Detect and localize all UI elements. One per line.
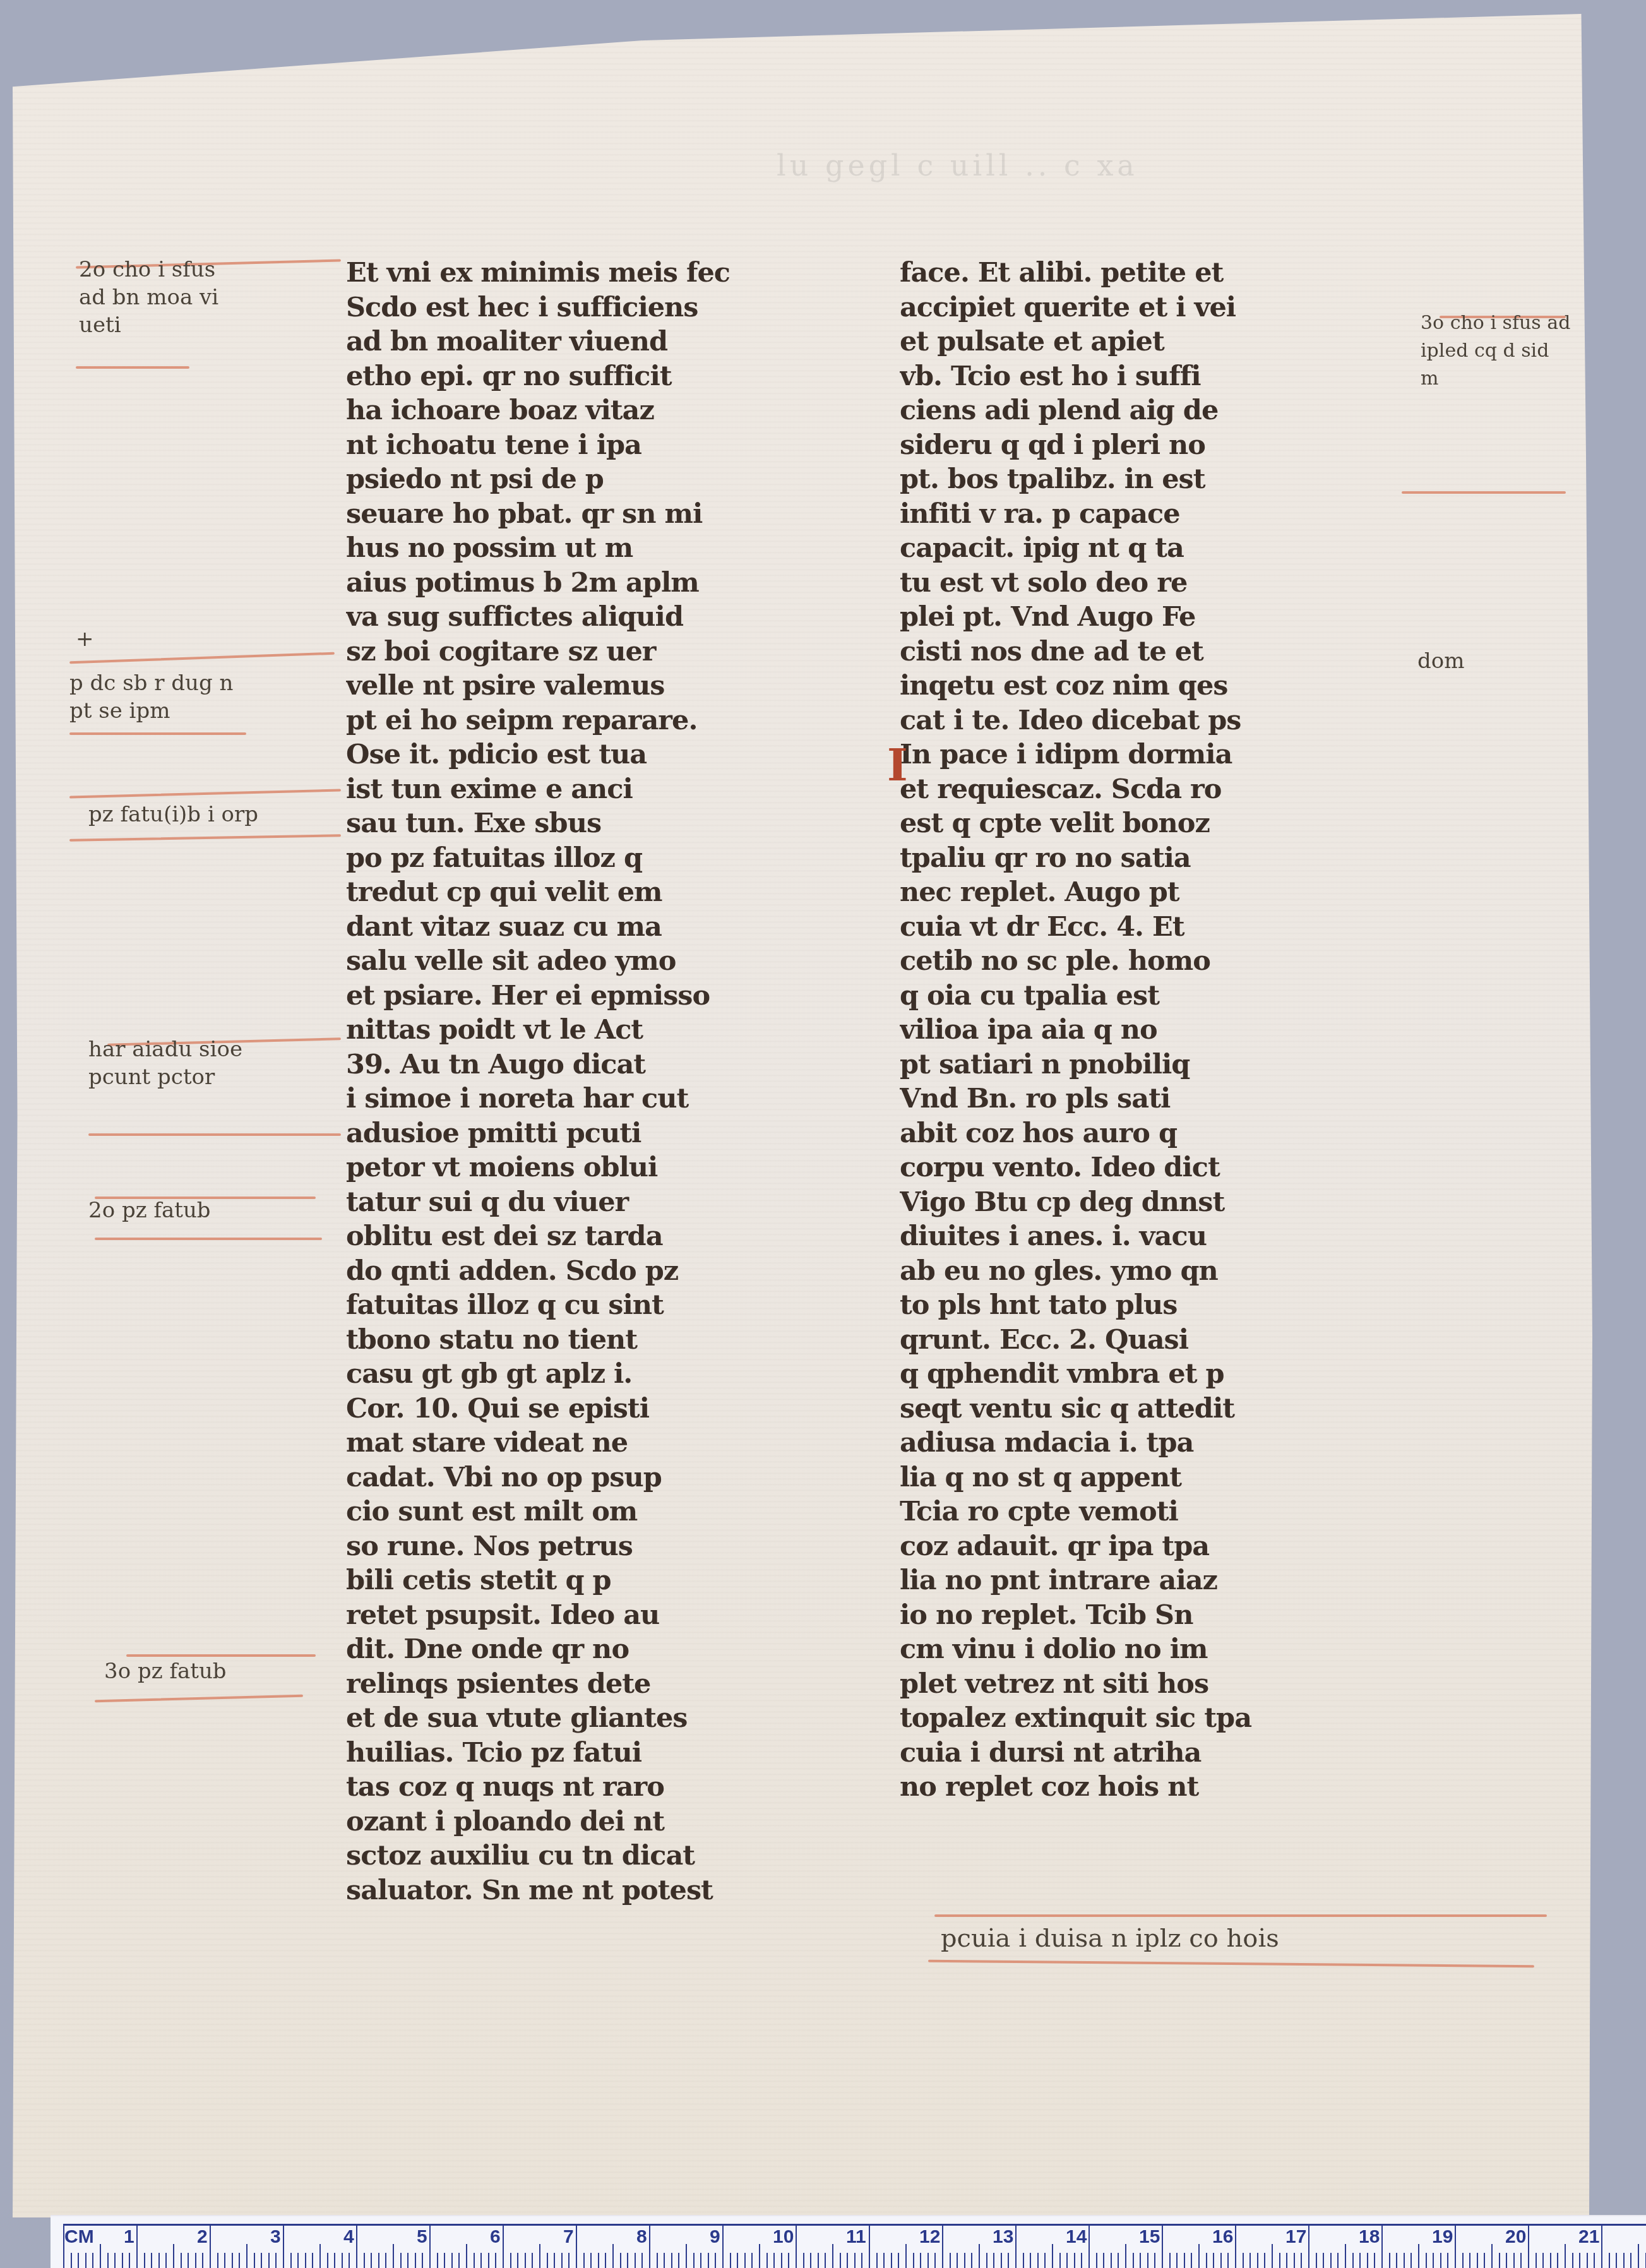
ruler-tick bbox=[861, 2253, 862, 2268]
text-line: ha ichoare boaz vitaz bbox=[346, 393, 857, 428]
text-line: et requiescaz. Scda ro bbox=[900, 772, 1405, 807]
text-line: io no replet. Tcib Sn bbox=[900, 1598, 1405, 1633]
ruler-tick bbox=[458, 2253, 460, 2268]
ruler-tick bbox=[1367, 2253, 1368, 2268]
text-line: dit. Dne onde qr no bbox=[346, 1632, 857, 1667]
text-line: mat stare videat ne bbox=[346, 1426, 857, 1460]
ruler-tick bbox=[620, 2253, 621, 2268]
text-line: cat i te. Ideo dicebat ps bbox=[900, 703, 1405, 738]
ruler-tick bbox=[942, 2225, 943, 2268]
text-line: tbono statu no tient bbox=[346, 1323, 857, 1358]
ruler-tick bbox=[444, 2253, 445, 2268]
ruler-tick bbox=[1550, 2253, 1551, 2268]
ruler-tick bbox=[297, 2253, 299, 2268]
ruler-tick bbox=[466, 2244, 467, 2268]
ruler-tick bbox=[1630, 2253, 1631, 2268]
ruler-tick bbox=[1008, 2253, 1009, 2268]
text-column-left: Et vni ex minimis meis fecScdo est hec i… bbox=[346, 256, 857, 1907]
text-line: Et vni ex minimis meis fec bbox=[346, 256, 857, 290]
ruler-tick bbox=[305, 2253, 306, 2268]
ruler-tick bbox=[429, 2225, 431, 2268]
margin-note-right-1: 3o cho i sfus ad ipled cq d sid m bbox=[1421, 309, 1572, 393]
text-column-right: face. Et alibi. petite etaccipiet querit… bbox=[900, 256, 1405, 1805]
margin-note-left-1: 2o cho i sfus ad bn moa vi ueti bbox=[79, 256, 331, 339]
text-line: nittas poidt vt le Act bbox=[346, 1013, 857, 1047]
ruler-tick bbox=[510, 2253, 511, 2268]
text-line: et psiare. Her ei epmisso bbox=[346, 979, 857, 1013]
ruler-tick bbox=[554, 2253, 555, 2268]
ruler-tick bbox=[85, 2253, 86, 2268]
ruler-tick bbox=[1557, 2253, 1558, 2268]
text-line: plei pt. Vnd Augo Fe bbox=[900, 600, 1405, 635]
ruler-number: 5 bbox=[417, 2226, 427, 2248]
ruler-tick bbox=[854, 2253, 856, 2268]
ruler-tick bbox=[532, 2253, 533, 2268]
ruler-tick bbox=[1001, 2253, 1002, 2268]
ruler-tick bbox=[905, 2244, 907, 2268]
ruler-tick bbox=[1162, 2225, 1163, 2268]
ruler-tick bbox=[1410, 2253, 1412, 2268]
ruler-tick bbox=[979, 2244, 980, 2268]
ruler-tick bbox=[246, 2244, 247, 2268]
ruler-tick bbox=[1418, 2244, 1419, 2268]
ruler-tick bbox=[129, 2253, 130, 2268]
text-line: psiedo nt psi de p bbox=[346, 462, 857, 497]
ruler-tick bbox=[283, 2225, 284, 2268]
ruler-number: 21 bbox=[1578, 2226, 1599, 2248]
ruler-tick bbox=[788, 2253, 789, 2268]
ruler-tick bbox=[1616, 2253, 1617, 2268]
ruler-tick bbox=[1389, 2253, 1390, 2268]
ruler-tick bbox=[1125, 2244, 1126, 2268]
ruler-number: 2 bbox=[197, 2226, 208, 2248]
ruler-tick bbox=[1272, 2244, 1273, 2268]
ruler-tick bbox=[371, 2253, 372, 2268]
ruler-tick bbox=[1520, 2253, 1522, 2268]
ruler-tick bbox=[1015, 2225, 1017, 2268]
text-line: q oia cu tpalia est bbox=[900, 979, 1405, 1013]
ruler-tick bbox=[437, 2253, 438, 2268]
margin-note-left-5: har aiadu sioe pcunt pctor bbox=[88, 1036, 341, 1091]
ruler-tick bbox=[1044, 2253, 1046, 2268]
ruler-tick bbox=[1565, 2244, 1566, 2268]
ruler-number: 17 bbox=[1285, 2226, 1306, 2248]
ruler-tick bbox=[1286, 2253, 1287, 2268]
ruler-tick bbox=[1579, 2253, 1580, 2268]
ruler-tick bbox=[883, 2253, 885, 2268]
ruler-tick bbox=[232, 2253, 233, 2268]
ruler-tick bbox=[1176, 2253, 1178, 2268]
ruler-tick bbox=[254, 2253, 255, 2268]
margin-rule bbox=[76, 366, 189, 369]
ruler-tick bbox=[451, 2253, 453, 2268]
text-line: etho epi. qr no sufficit bbox=[346, 359, 857, 394]
ruler-tick bbox=[173, 2244, 174, 2268]
text-line: ist tun exime e anci bbox=[346, 772, 857, 807]
margin-rule bbox=[126, 1654, 316, 1657]
ruler-tick bbox=[1243, 2253, 1244, 2268]
text-line: diuites i anes. i. vacu bbox=[900, 1219, 1405, 1254]
text-line: lia no pnt intrare aiaz bbox=[900, 1563, 1405, 1598]
text-line: adiusa mdacia i. tpa bbox=[900, 1426, 1405, 1460]
ruler-tick bbox=[598, 2253, 599, 2268]
text-line: va sug suffictes aliquid bbox=[346, 600, 857, 635]
ruler-tick bbox=[181, 2253, 182, 2268]
text-line: tu est vt solo deo re bbox=[900, 566, 1405, 600]
ruler-tick bbox=[898, 2253, 899, 2268]
ruler-tick bbox=[1081, 2253, 1082, 2268]
ruler-tick bbox=[773, 2253, 775, 2268]
ruler-tick bbox=[934, 2253, 936, 2268]
ruler-tick bbox=[1484, 2253, 1485, 2268]
ruler-tick bbox=[1609, 2253, 1610, 2268]
text-line: adusioe pmitti pcuti bbox=[346, 1116, 857, 1151]
ruler-tick bbox=[1330, 2253, 1332, 2268]
ruler-tick bbox=[568, 2253, 570, 2268]
ruler-tick bbox=[349, 2253, 350, 2268]
text-line: vilioa ipa aia q no bbox=[900, 1013, 1405, 1047]
text-line: cuia vt dr Ecc. 4. Et bbox=[900, 910, 1405, 945]
ruler-tick bbox=[415, 2253, 416, 2268]
ruler-tick bbox=[1542, 2253, 1544, 2268]
text-line: pt ei ho seipm reparare. bbox=[346, 703, 857, 738]
ruler-tick bbox=[488, 2253, 489, 2268]
text-line: casu gt gb gt aplz i. bbox=[346, 1357, 857, 1392]
text-line: accipiet querite et i vei bbox=[900, 290, 1405, 325]
ruler-tick bbox=[1066, 2253, 1068, 2268]
ruler-tick bbox=[1491, 2244, 1493, 2268]
ruler-tick bbox=[693, 2253, 695, 2268]
ruler-number: 9 bbox=[710, 2226, 720, 2248]
ruler-tick bbox=[1499, 2253, 1500, 2268]
ruler-tick bbox=[1374, 2253, 1375, 2268]
ruler-tick bbox=[737, 2253, 738, 2268]
ruler-tick bbox=[635, 2253, 636, 2268]
ruler-number: 12 bbox=[919, 2226, 940, 2248]
ruler-tick bbox=[1462, 2253, 1464, 2268]
text-line: huilias. Tcio pz fatui bbox=[346, 1736, 857, 1770]
ruler-tick bbox=[664, 2253, 665, 2268]
ruler-tick bbox=[334, 2253, 335, 2268]
margin-note-right-2: dom bbox=[1417, 647, 1464, 675]
ruler-tick bbox=[407, 2253, 409, 2268]
ruler-tick bbox=[1447, 2253, 1448, 2268]
text-line: cm vinu i dolio no im bbox=[900, 1632, 1405, 1667]
margin-note-left-7: 3o pz fatub bbox=[104, 1657, 227, 1685]
ruler-tick bbox=[78, 2253, 79, 2268]
ruler-tick bbox=[1426, 2253, 1427, 2268]
text-line: Vigo Btu cp deg dnnst bbox=[900, 1185, 1405, 1220]
ruler-tick bbox=[480, 2253, 482, 2268]
ruler-tick bbox=[576, 2225, 577, 2268]
ruler-tick bbox=[1111, 2253, 1112, 2268]
text-line: lia q no st q appent bbox=[900, 1460, 1405, 1495]
text-line: vb. Tcio est ho i suffi bbox=[900, 359, 1405, 394]
ruler-tick bbox=[986, 2253, 987, 2268]
text-line: plet vetrez nt siti hos bbox=[900, 1667, 1405, 1702]
ruler-tick bbox=[971, 2253, 972, 2268]
text-line: retet psupsit. Ideo au bbox=[346, 1598, 857, 1633]
text-line: Tcia ro cpte vemoti bbox=[900, 1495, 1405, 1529]
text-line: sau tun. Exe sbus bbox=[346, 806, 857, 841]
margin-note-left-4: pz fatu(i)b i orp bbox=[88, 801, 258, 828]
ruler-tick bbox=[210, 2225, 211, 2268]
bottom-note: pcuia i duisa n iplz co hois bbox=[941, 1925, 1279, 1952]
ruler-tick bbox=[114, 2253, 116, 2268]
ruler-tick bbox=[993, 2253, 994, 2268]
ruler-tick bbox=[136, 2225, 138, 2268]
ruler-tick bbox=[503, 2225, 504, 2268]
ruler-tick bbox=[1638, 2244, 1639, 2268]
ruler-tick bbox=[1623, 2253, 1625, 2268]
ruler-tick bbox=[517, 2253, 518, 2268]
text-line: infiti v ra. p capace bbox=[900, 497, 1405, 532]
text-line: cio sunt est milt om bbox=[346, 1495, 857, 1529]
ruler-tick bbox=[1088, 2225, 1090, 2268]
ruler-tick bbox=[100, 2244, 101, 2268]
ruler-tick bbox=[144, 2253, 145, 2268]
ruler-tick bbox=[964, 2253, 965, 2268]
text-line: cisti nos dne ad te et bbox=[900, 635, 1405, 669]
ruler-bar bbox=[63, 2224, 1646, 2226]
text-line: dant vitaz suaz cu ma bbox=[346, 910, 857, 945]
ruler-number: 14 bbox=[1066, 2226, 1087, 2248]
ruler-tick bbox=[1198, 2244, 1200, 2268]
margin-rule bbox=[69, 732, 246, 735]
ruler-tick bbox=[590, 2253, 592, 2268]
text-line: po pz fatuitas illoz q bbox=[346, 841, 857, 876]
ruler-tick bbox=[1587, 2253, 1588, 2268]
text-line: i simoe i noreta har cut bbox=[346, 1082, 857, 1116]
ruler-tick bbox=[290, 2253, 292, 2268]
text-line: seqt ventu sic q attedit bbox=[900, 1392, 1405, 1426]
ruler-tick bbox=[700, 2253, 701, 2268]
ruler-number: 15 bbox=[1139, 2226, 1160, 2248]
ruler-number: 13 bbox=[993, 2226, 1013, 2248]
text-line: face. Et alibi. petite et bbox=[900, 256, 1405, 290]
ruler-tick bbox=[1572, 2253, 1573, 2268]
text-line: Vnd Bn. ro pls sati bbox=[900, 1082, 1405, 1116]
text-line: cuia i dursi nt atriha bbox=[900, 1736, 1405, 1770]
text-line: aius potimus b 2m aplm bbox=[346, 566, 857, 600]
ruler-tick bbox=[1249, 2253, 1251, 2268]
ruler-tick bbox=[715, 2253, 716, 2268]
ruler-tick bbox=[561, 2253, 563, 2268]
ruler-tick bbox=[957, 2253, 958, 2268]
ruler-tick bbox=[327, 2253, 328, 2268]
ruler-tick bbox=[583, 2253, 585, 2268]
ruler-tick bbox=[869, 2225, 870, 2268]
text-line: cadat. Vbi no op psup bbox=[346, 1460, 857, 1495]
text-line: et de sua vtute gliantes bbox=[346, 1701, 857, 1736]
ruler-tick bbox=[722, 2225, 724, 2268]
text-line: tatur sui q du viuer bbox=[346, 1185, 857, 1220]
ruler-tick bbox=[671, 2253, 672, 2268]
ruler-number: 8 bbox=[636, 2226, 647, 2248]
ruler-tick bbox=[1513, 2253, 1515, 2268]
text-line: cetib no sc ple. homo bbox=[900, 944, 1405, 979]
ruler-tick bbox=[796, 2225, 797, 2268]
ruler-tick bbox=[1404, 2253, 1405, 2268]
ruler-tick bbox=[1279, 2253, 1280, 2268]
ruler-tick bbox=[261, 2253, 262, 2268]
text-line: Cor. 10. Qui se episti bbox=[346, 1392, 857, 1426]
ruler-tick bbox=[151, 2253, 152, 2268]
text-line: tas coz q nuqs nt raro bbox=[346, 1770, 857, 1805]
ruler-tick bbox=[268, 2253, 270, 2268]
ruler-tick bbox=[188, 2253, 189, 2268]
ruler-tick bbox=[708, 2253, 709, 2268]
text-line: pt satiari n pnobiliq bbox=[900, 1047, 1405, 1082]
ruler-tick bbox=[1359, 2253, 1361, 2268]
text-line: capacit. ipig nt q ta bbox=[900, 531, 1405, 566]
text-line: relinqs psientes dete bbox=[346, 1667, 857, 1702]
ruler-number: 7 bbox=[563, 2226, 574, 2248]
ruler-tick bbox=[1213, 2253, 1214, 2268]
margin-note-left-3: p dc sb r dug n pt se ipm bbox=[69, 669, 335, 725]
ruler-tick bbox=[474, 2253, 475, 2268]
ruler-tick bbox=[1184, 2253, 1185, 2268]
ruler-tick bbox=[818, 2253, 819, 2268]
ruler-tick bbox=[385, 2253, 386, 2268]
text-line: hus no possim ut m bbox=[346, 531, 857, 566]
ruler-number: 11 bbox=[846, 2226, 866, 2248]
ruler-number: 3 bbox=[270, 2226, 281, 2248]
ruler-tick bbox=[1506, 2253, 1507, 2268]
text-line: do qnti adden. Scdo pz bbox=[346, 1254, 857, 1289]
margin-note-left-6: 2o pz fatub bbox=[88, 1197, 211, 1224]
text-line: sz boi cogitare sz uer bbox=[346, 635, 857, 669]
ruler-tick bbox=[1594, 2253, 1595, 2268]
ruler-tick bbox=[825, 2253, 826, 2268]
ruler-tick bbox=[876, 2253, 878, 2268]
ruler-tick bbox=[107, 2253, 109, 2268]
text-line: abit coz hos auro q bbox=[900, 1116, 1405, 1151]
ruler-tick bbox=[605, 2253, 606, 2268]
ruler-number: 1 bbox=[124, 2226, 134, 2248]
ruler-tick bbox=[1023, 2253, 1024, 2268]
ruler-tick bbox=[744, 2253, 746, 2268]
ruler-tick bbox=[356, 2225, 357, 2268]
ruler-tick bbox=[1147, 2253, 1148, 2268]
ruler-tick bbox=[275, 2253, 277, 2268]
ruler-tick bbox=[1455, 2225, 1456, 2268]
text-line: saluator. Sn me nt potest bbox=[346, 1873, 857, 1908]
ruler-tick bbox=[1352, 2253, 1354, 2268]
text-line: oblitu est dei sz tarda bbox=[346, 1219, 857, 1254]
ruler-tick bbox=[1227, 2253, 1229, 2268]
ruler-tick bbox=[342, 2253, 343, 2268]
ruler-tick bbox=[1345, 2244, 1346, 2268]
ruler-tick bbox=[1140, 2253, 1141, 2268]
ruler-tick bbox=[239, 2253, 240, 2268]
text-line: Scdo est hec i sufficiens bbox=[346, 290, 857, 325]
text-line: petor vt moiens oblui bbox=[346, 1150, 857, 1185]
ruler-tick bbox=[832, 2244, 833, 2268]
text-line: ciens adi plend aig de bbox=[900, 393, 1405, 428]
ruler-tick bbox=[1133, 2253, 1134, 2268]
ruler-tick bbox=[730, 2253, 731, 2268]
ruler-tick bbox=[165, 2253, 167, 2268]
ruler-tick bbox=[217, 2253, 218, 2268]
ruler-tick bbox=[1220, 2253, 1222, 2268]
ruler-tick bbox=[781, 2253, 782, 2268]
rubricated-initial: I bbox=[887, 739, 908, 791]
ruler-tick bbox=[840, 2253, 841, 2268]
scale-ruler: CM 123456789101112131415161718192021 bbox=[51, 2215, 1646, 2268]
text-line: coz adauit. qr ipa tpa bbox=[900, 1529, 1405, 1564]
text-line: ad bn moaliter viuend bbox=[346, 325, 857, 359]
ruler-tick bbox=[1096, 2253, 1097, 2268]
ruler-tick bbox=[1169, 2253, 1171, 2268]
ruler-tick bbox=[1191, 2253, 1192, 2268]
ruler-tick bbox=[1118, 2253, 1119, 2268]
text-line: et pulsate et apiet bbox=[900, 325, 1405, 359]
ruler-tick bbox=[1316, 2253, 1317, 2268]
text-line: nec replet. Augo pt bbox=[900, 875, 1405, 910]
ruler-number: 20 bbox=[1505, 2226, 1526, 2248]
text-line: corpu vento. Ideo dict bbox=[900, 1150, 1405, 1185]
ruler-tick bbox=[847, 2253, 848, 2268]
text-line: tpaliu qr ro no satia bbox=[900, 841, 1405, 876]
ruler-tick bbox=[1440, 2253, 1441, 2268]
text-line: velle nt psire valemus bbox=[346, 669, 857, 703]
ruler-tick bbox=[766, 2253, 768, 2268]
text-line: In pace i idipm dormia bbox=[900, 737, 1405, 772]
text-line: est q cpte velit bonoz bbox=[900, 806, 1405, 841]
ruler-tick bbox=[627, 2253, 628, 2268]
ruler-tick bbox=[759, 2244, 760, 2268]
text-line: Ose it. pdicio est tua bbox=[346, 737, 857, 772]
margin-rule bbox=[934, 1914, 1547, 1917]
text-line: ab eu no gles. ymo qn bbox=[900, 1254, 1405, 1289]
ruler-tick bbox=[1074, 2253, 1075, 2268]
ruler-tick bbox=[63, 2225, 64, 2268]
ruler-tick bbox=[686, 2244, 687, 2268]
ruler-tick bbox=[1601, 2225, 1602, 2268]
text-line: salu velle sit adeo ymo bbox=[346, 944, 857, 979]
ruler-tick bbox=[1264, 2253, 1265, 2268]
ruler-number: 10 bbox=[773, 2226, 794, 2248]
ruler-number: 16 bbox=[1212, 2226, 1233, 2248]
ruler-tick bbox=[1059, 2253, 1061, 2268]
ruler-tick bbox=[539, 2244, 540, 2268]
ruler-tick bbox=[312, 2253, 313, 2268]
ruler-tick bbox=[158, 2253, 160, 2268]
ruler-tick bbox=[495, 2253, 496, 2268]
ruler-tick bbox=[1337, 2253, 1339, 2268]
ruler-tick bbox=[1235, 2225, 1236, 2268]
margin-rule bbox=[88, 1133, 341, 1136]
text-line: topalez extinquit sic tpa bbox=[900, 1701, 1405, 1736]
margin-rule bbox=[1402, 491, 1566, 494]
ruler-tick bbox=[1154, 2253, 1155, 2268]
ruler-tick bbox=[1301, 2253, 1302, 2268]
text-line: no replet coz hois nt bbox=[900, 1770, 1405, 1805]
ruler-tick bbox=[1103, 2253, 1104, 2268]
ruler-tick bbox=[1396, 2253, 1397, 2268]
text-line: nt ichoatu tene i ipa bbox=[346, 428, 857, 463]
ruler-tick bbox=[1030, 2253, 1031, 2268]
ruler-tick bbox=[1536, 2253, 1537, 2268]
text-line: inqetu est coz nim qes bbox=[900, 669, 1405, 703]
ruler-tick bbox=[1528, 2225, 1529, 2268]
ruler-tick bbox=[525, 2253, 526, 2268]
ruler-tick bbox=[751, 2253, 753, 2268]
text-line: tredut cp qui velit em bbox=[346, 875, 857, 910]
ruler-tick bbox=[92, 2253, 93, 2268]
ruler-tick bbox=[224, 2253, 225, 2268]
